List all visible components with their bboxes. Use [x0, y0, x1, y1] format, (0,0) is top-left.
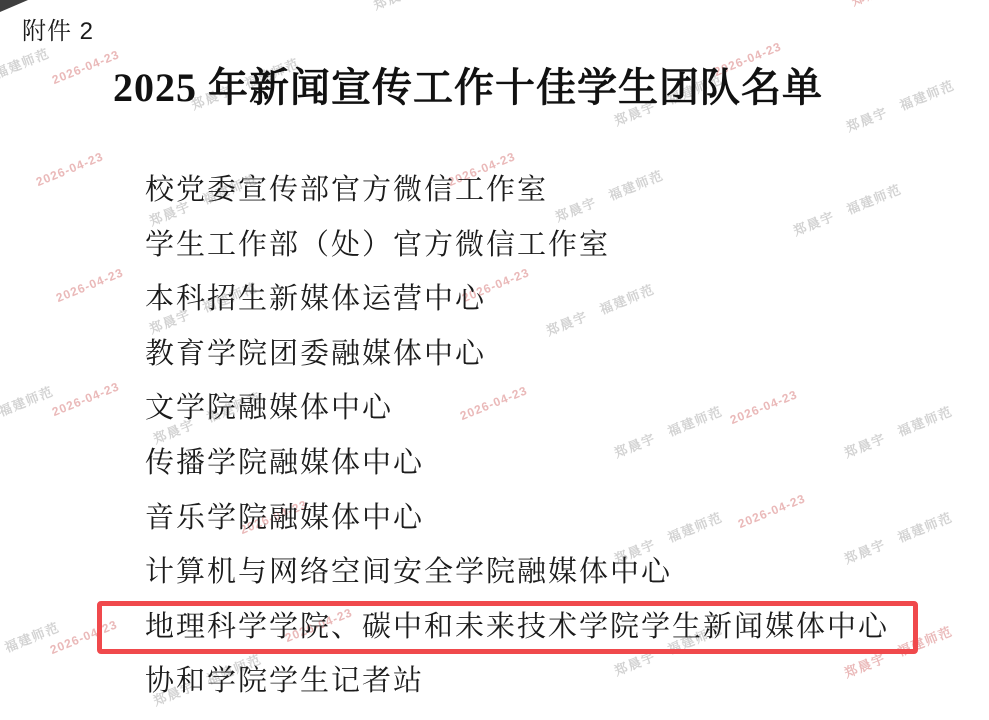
- team-list-item: 教育学院团委融媒体中心: [145, 327, 945, 382]
- team-list-item: 计算机与网络空间安全学院融媒体中心: [145, 545, 945, 600]
- team-list-item: 学生工作部（处）官方微信工作室: [145, 218, 945, 273]
- team-list-item: 校党委宣传部官方微信工作室: [145, 163, 945, 218]
- team-list-item: 传播学院融媒体中心: [145, 436, 945, 491]
- highlight-red-box: [97, 601, 918, 654]
- scan-corner-artifact: [0, 0, 28, 12]
- team-list-item: 协和学院学生记者站: [145, 654, 945, 709]
- team-list-item: 本科招生新媒体运营中心: [145, 272, 945, 327]
- attachment-label: 附件 2: [22, 11, 94, 46]
- document-title: 2025 年新闻宣传工作十佳学生团队名单: [113, 56, 823, 113]
- team-list-item: 音乐学院融媒体中心: [145, 491, 945, 546]
- document-page: 郑晨宇 福建师范郑晨宇 福建师范郑晨宇 福建师范郑晨宇 福建师范郑晨宇 福建师范…: [0, 0, 989, 720]
- team-list-item: 文学院融媒体中心: [145, 381, 945, 436]
